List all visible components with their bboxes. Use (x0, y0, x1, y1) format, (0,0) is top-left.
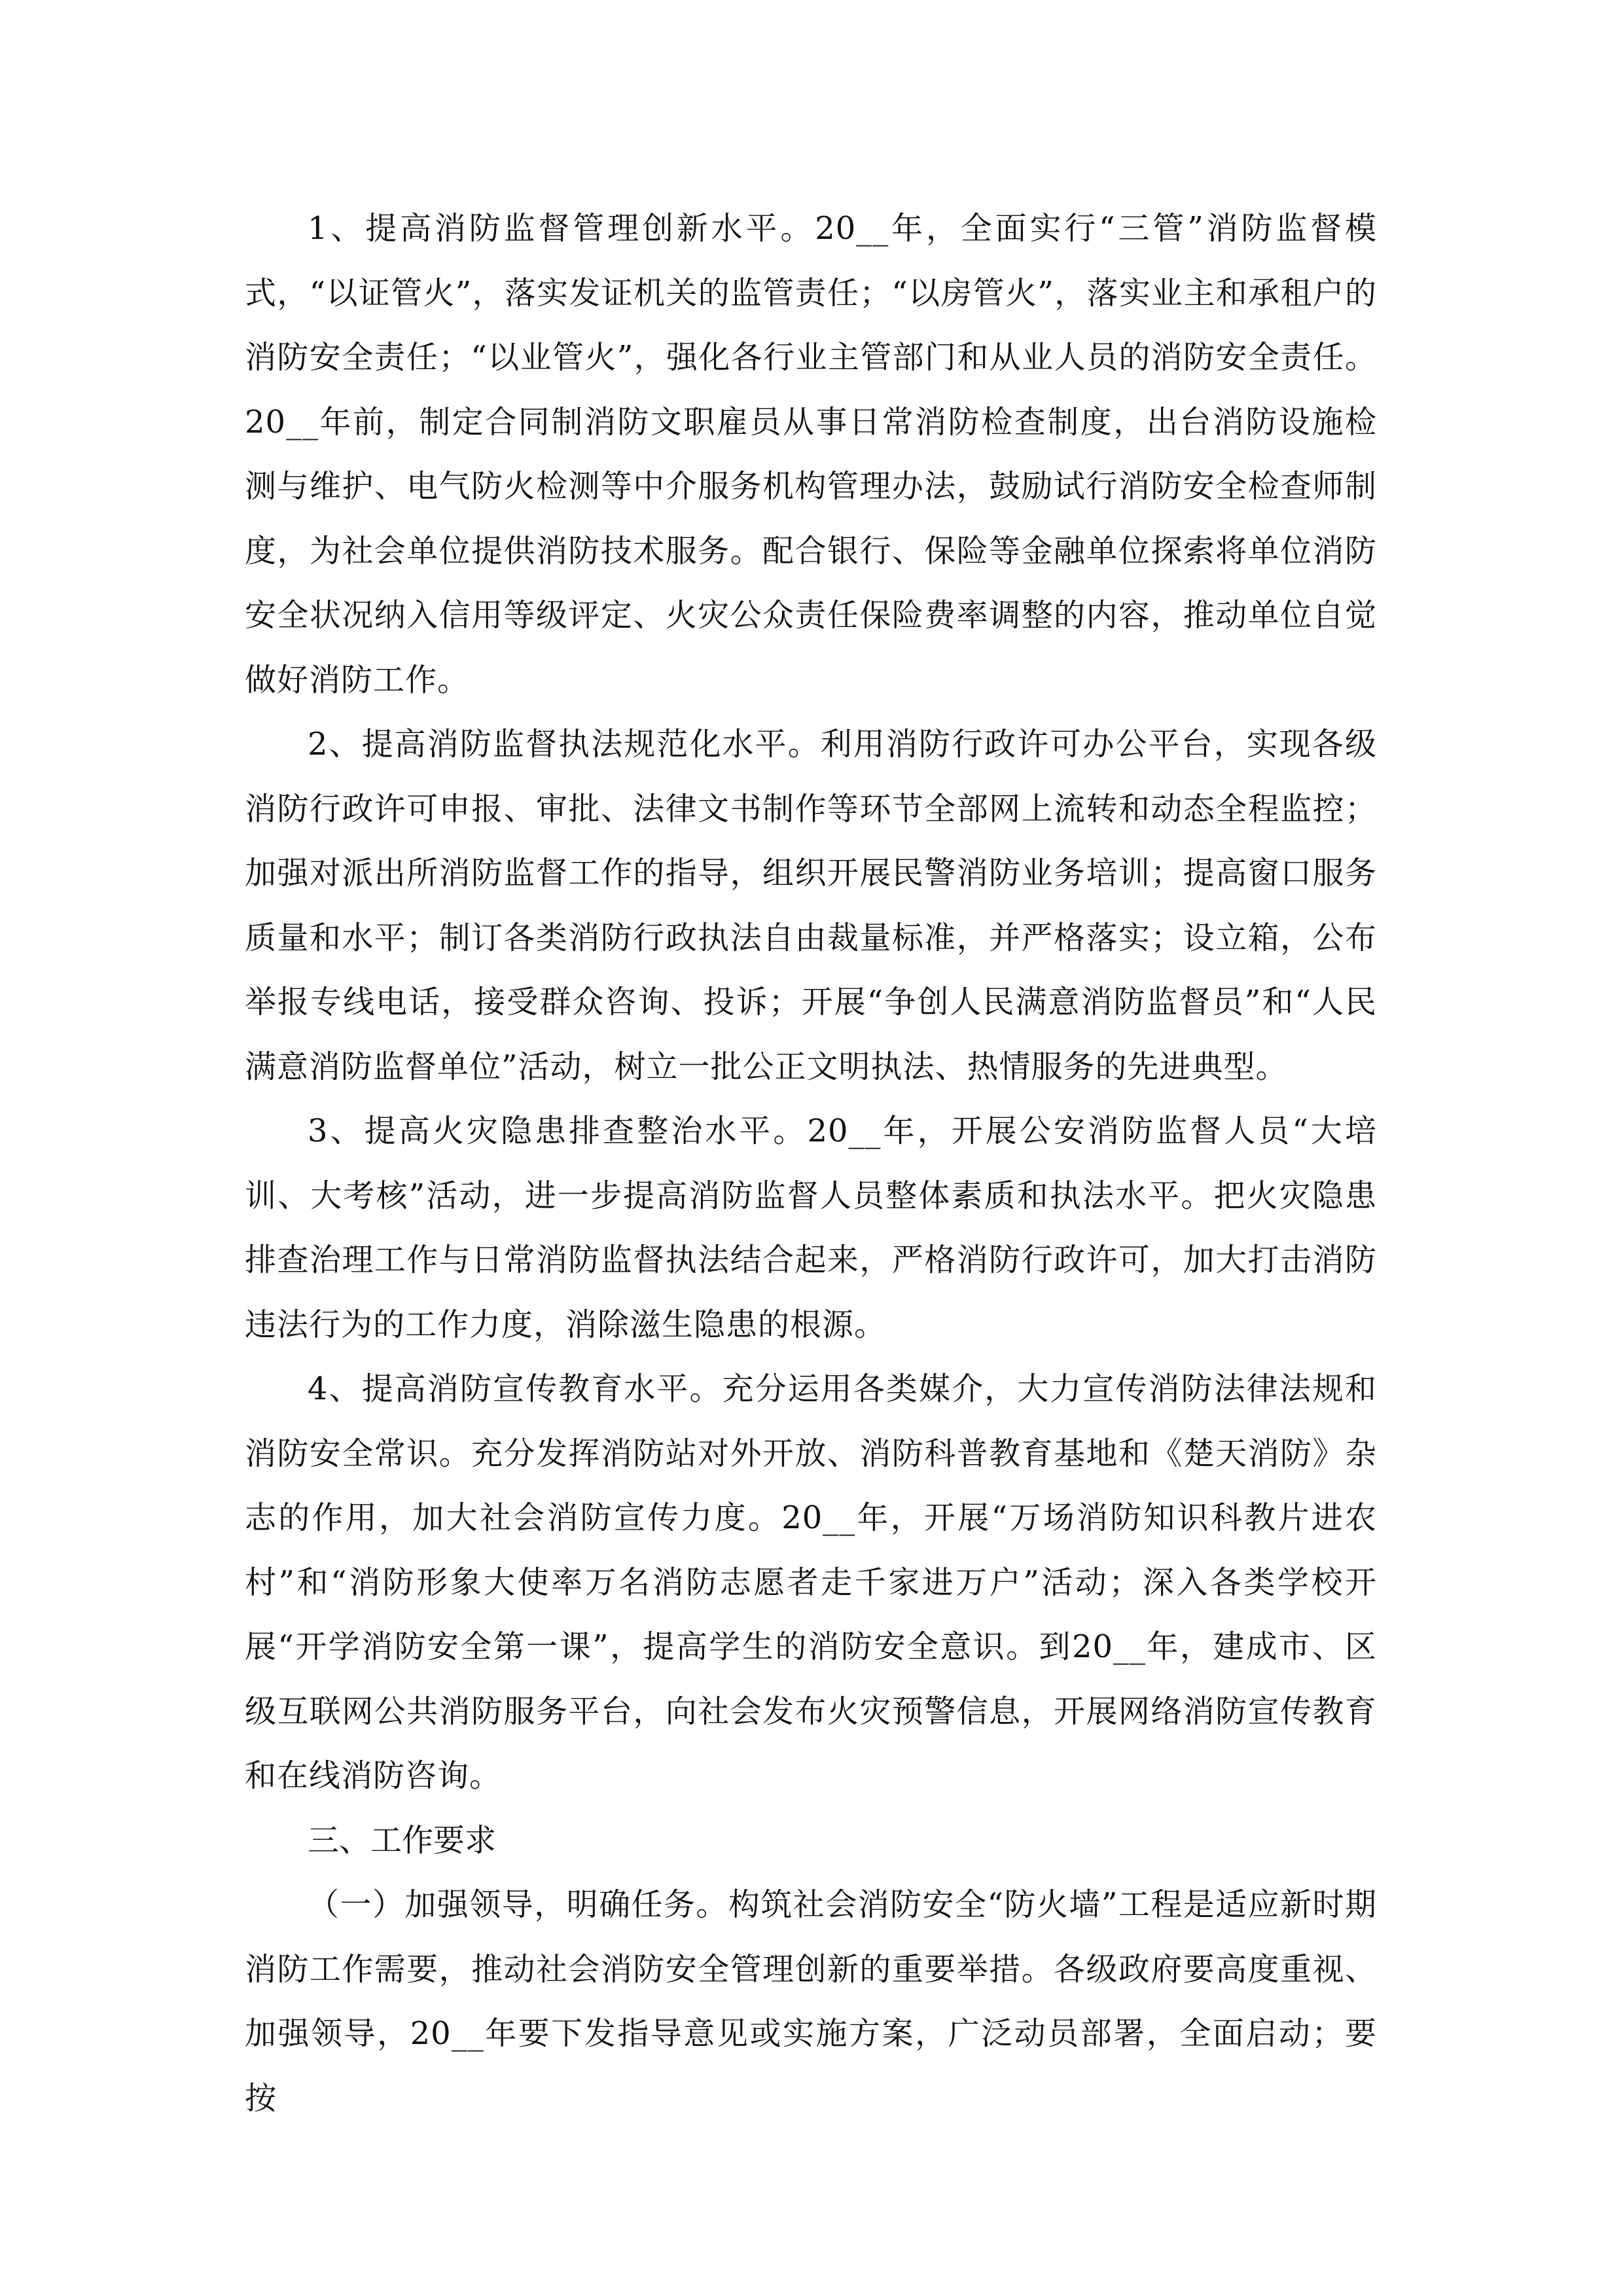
paragraph-2: 2、提高消防监督执法规范化水平。利用消防行政许可办公平台，实现各级消防行政许可申… (245, 712, 1377, 1099)
paragraph-4: 4、提高消防宣传教育水平。充分运用各类媒介，大力宣传消防法律法规和消防安全常识。… (245, 1357, 1377, 1808)
paragraph-1: 1、提高消防监督管理创新水平。20__年，全面实行“三管”消防监督模式，“以证管… (245, 196, 1377, 712)
section-heading: 三、工作要求 (245, 1808, 1377, 1873)
paragraph-3: 3、提高火灾隐患排查整治水平。20__年，开展公安消防监督人员“大培训、大考核”… (245, 1099, 1377, 1357)
paragraph-5: （一）加强领导，明确任务。构筑社会消防安全“防火墙”工程是适应新时期消防工作需要… (245, 1873, 1377, 2130)
document-page: 1、提高消防监督管理创新水平。20__年，全面实行“三管”消防监督模式，“以证管… (245, 196, 1377, 2130)
